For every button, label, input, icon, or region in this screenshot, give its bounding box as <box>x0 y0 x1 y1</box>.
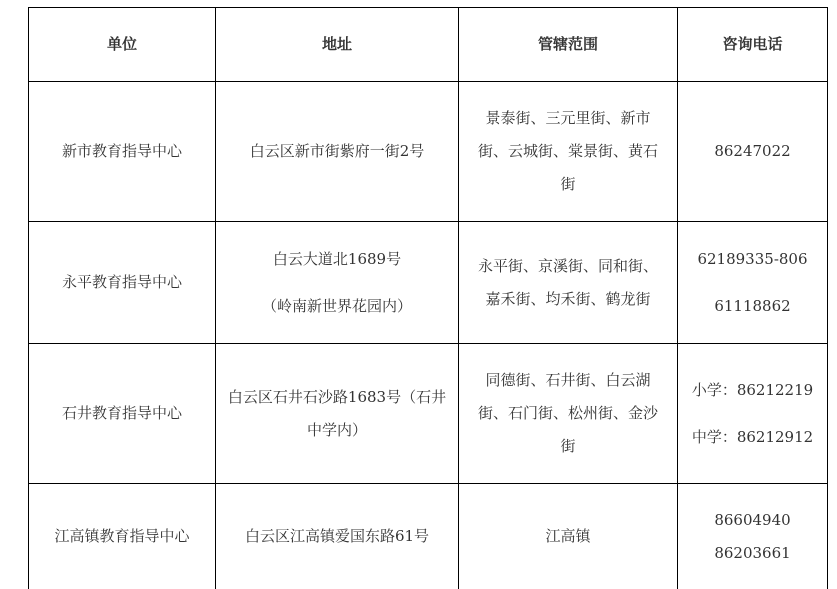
address-cell: 白云区新市街紫府一街2号 <box>216 82 459 222</box>
table-row: 江高镇教育指导中心 白云区江高镇爱国东路61号 江高镇 86604940 862… <box>29 484 828 589</box>
scope-cell: 江高镇 <box>459 484 678 589</box>
scope-line: 景泰街、三元里街、新市 <box>469 102 667 135</box>
address-line: 中学内） <box>226 414 448 447</box>
address-cell: 白云区江高镇爱国东路61号 <box>216 484 459 589</box>
header-address: 地址 <box>216 8 459 82</box>
scope-line: 街 <box>469 168 667 201</box>
phone-cell: 86247022 <box>678 82 828 222</box>
phone-cell: 62189335-806 61118862 <box>678 222 828 344</box>
unit-cell: 新市教育指导中心 <box>29 82 216 222</box>
table-row: 新市教育指导中心 白云区新市街紫府一街2号 景泰街、三元里街、新市 街、云城街、… <box>29 82 828 222</box>
phone-number: 86604940 <box>688 504 817 537</box>
scope-line: 嘉禾街、均禾街、鹤龙街 <box>469 283 667 316</box>
address-line: 白云区石井石沙路1683号（石井 <box>226 381 448 414</box>
header-phone: 咨询电话 <box>678 8 828 82</box>
phone-number: 86203661 <box>688 537 817 570</box>
scope-cell: 永平街、京溪街、同和街、 嘉禾街、均禾街、鹤龙街 <box>459 222 678 344</box>
unit-cell: 江高镇教育指导中心 <box>29 484 216 589</box>
education-centers-table: 单位 地址 管辖范围 咨询电话 新市教育指导中心 白云区新市街紫府一街2号 景泰… <box>28 7 828 589</box>
scope-line: 同德街、石井街、白云湖 <box>469 364 667 397</box>
scope-line: 街、云城街、棠景街、黄石 <box>469 135 667 168</box>
scope-cell: 景泰街、三元里街、新市 街、云城街、棠景街、黄石 街 <box>459 82 678 222</box>
phone-number: 62189335-806 <box>688 243 817 276</box>
scope-cell: 同德街、石井街、白云湖 街、石门街、松州街、金沙 街 <box>459 344 678 484</box>
phone-number: 61118862 <box>688 290 817 323</box>
scope-line: 街、石门街、松州街、金沙 <box>469 397 667 430</box>
address-line: 白云区新市街紫府一街2号 <box>226 135 448 168</box>
address-line: 白云大道北1689号 <box>226 243 448 276</box>
address-line: （岭南新世界花园内） <box>226 290 448 323</box>
address-cell: 白云区石井石沙路1683号（石井 中学内） <box>216 344 459 484</box>
unit-cell: 永平教育指导中心 <box>29 222 216 344</box>
table-row: 永平教育指导中心 白云大道北1689号 （岭南新世界花园内） 永平街、京溪街、同… <box>29 222 828 344</box>
address-cell: 白云大道北1689号 （岭南新世界花园内） <box>216 222 459 344</box>
scope-line: 街 <box>469 430 667 463</box>
unit-cell: 石井教育指导中心 <box>29 344 216 484</box>
address-line: 白云区江高镇爱国东路61号 <box>226 520 448 553</box>
phone-cell: 86604940 86203661 <box>678 484 828 589</box>
table-row: 石井教育指导中心 白云区石井石沙路1683号（石井 中学内） 同德街、石井街、白… <box>29 344 828 484</box>
scope-line: 永平街、京溪街、同和街、 <box>469 250 667 283</box>
header-row: 单位 地址 管辖范围 咨询电话 <box>29 8 828 82</box>
phone-number: 中学：86212912 <box>688 421 817 454</box>
scope-line: 江高镇 <box>469 520 667 553</box>
phone-number: 小学：86212219 <box>688 374 817 407</box>
header-scope: 管辖范围 <box>459 8 678 82</box>
header-unit: 单位 <box>29 8 216 82</box>
phone-cell: 小学：86212219 中学：86212912 <box>678 344 828 484</box>
phone-number: 86247022 <box>688 135 817 168</box>
